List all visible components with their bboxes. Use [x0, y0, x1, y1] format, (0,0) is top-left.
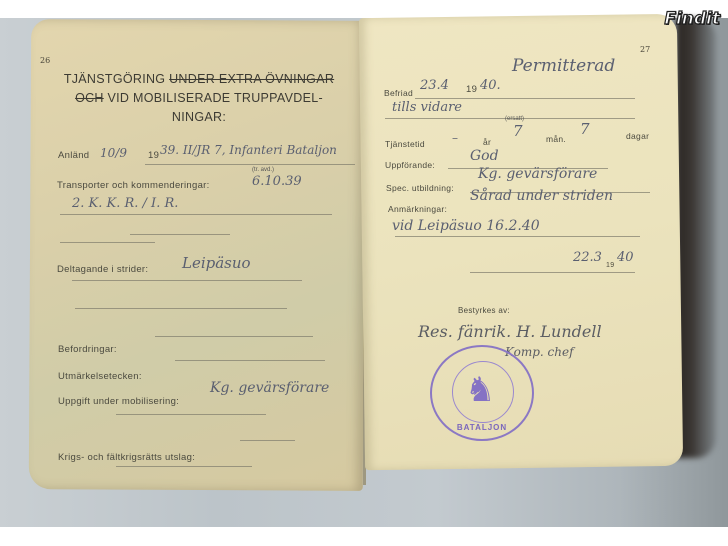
field-line	[395, 236, 640, 237]
right-page-number: 27	[640, 45, 650, 54]
field-line	[240, 440, 295, 441]
field-line	[145, 164, 355, 165]
deltagande-label: Deltagande i strider:	[57, 264, 148, 275]
man-label: mån.	[546, 134, 566, 144]
anmarkningar-label: Anmärkningar:	[388, 204, 447, 214]
field-line	[116, 414, 266, 415]
truppavd-note: (tr. avd.)	[252, 167, 274, 173]
field-line	[415, 98, 635, 99]
uppgift-label: Uppgift under mobilisering:	[58, 396, 179, 407]
left-page-heading: TJÄNSTGÖRING UNDER EXTRA ÖVNINGAR OCH VI…	[54, 70, 344, 127]
transporter-unit-handwritten: 2. K. K. R. / I. R.	[72, 196, 178, 211]
heading-text: TJÄNSTGÖRING	[64, 72, 169, 86]
befordringar-label: Befordringar:	[58, 344, 117, 355]
battalion-stamp: ♞ BATALJON	[430, 345, 534, 441]
field-line	[116, 466, 252, 467]
signed-year-handwritten: 40	[617, 250, 634, 265]
findit-logo: Findit	[664, 9, 720, 29]
transporter-label: Transporter och kommenderingar:	[57, 180, 210, 191]
field-line	[470, 272, 635, 273]
deltagande-handwritten: Leipäsuo	[182, 254, 251, 272]
stamp-text: BATALJON	[432, 423, 532, 432]
befriad-year-handwritten: 40.	[480, 78, 501, 93]
dagar-label: dagar	[626, 131, 649, 141]
signature-handwritten: Res. fänrik. H. Lundell	[418, 322, 602, 341]
field-line	[60, 242, 155, 243]
tjanstetid-years-handwritten: –	[452, 131, 458, 145]
spec-utbildning-label: Spec. utbildning:	[386, 183, 454, 193]
uppforande-label: Uppförande:	[385, 160, 435, 170]
lion-coat-of-arms-icon: ♞	[465, 370, 495, 410]
uppforande-handwritten: God	[470, 148, 499, 164]
bestyrkes-label: Bestyrkes av:	[458, 306, 510, 315]
anland-unit-handwritten: 39. II/JR 7, Infanteri Bataljon	[160, 143, 337, 157]
anland-year-prefix: 19	[148, 150, 159, 161]
befriad-reason-handwritten: Permitterad	[512, 56, 615, 76]
spec-utbildning-handwritten: Kg. gevärsförare	[478, 166, 597, 182]
heading-struck-text: OCH	[75, 91, 104, 105]
anland-date-handwritten: 10/9	[100, 146, 127, 160]
field-line	[175, 360, 325, 361]
field-line	[155, 336, 313, 337]
befriad-reason-2-handwritten: tills vidare	[392, 100, 462, 115]
befriad-date-handwritten: 23.4	[420, 78, 449, 93]
stamp-inner-ring: ♞	[452, 361, 514, 423]
befriad-year-prefix: 19	[466, 84, 477, 95]
field-line	[130, 234, 230, 235]
utmarkelsetecken-label: Utmärkelsetecken:	[58, 371, 142, 382]
field-line	[75, 308, 287, 309]
anmarkningar-handwritten: Sårad under striden	[470, 188, 613, 204]
dagar-handwritten: 7	[580, 120, 590, 138]
heading-struck-text: UNDER EXTRA ÖVNINGAR	[169, 72, 334, 86]
anland-label: Anländ	[58, 150, 89, 161]
left-page-number: 26	[40, 56, 50, 65]
heading-text: NINGAR:	[172, 110, 226, 124]
befriad-label: Befriad	[384, 88, 413, 98]
signed-year-prefix: 19	[606, 262, 614, 269]
tjanstetid-label: Tjänstetid	[385, 139, 425, 149]
ar-label: år	[483, 137, 491, 147]
field-line	[60, 214, 332, 215]
krigs-label: Krigs- och fältkrigsrätts utslag:	[58, 452, 195, 463]
signed-date-handwritten: 22.3	[573, 250, 602, 265]
field-line	[72, 280, 302, 281]
manader-handwritten: 7	[513, 122, 523, 140]
heading-text: VID MOBILISERADE TRUPPAVDEL-	[104, 91, 323, 105]
anmarkningar-2-handwritten: vid Leipäsuo 16.2.40	[392, 218, 540, 234]
transporter-date-handwritten: 6.10.39	[252, 174, 302, 189]
uppgift-handwritten: Kg. gevärsförare	[210, 380, 329, 396]
